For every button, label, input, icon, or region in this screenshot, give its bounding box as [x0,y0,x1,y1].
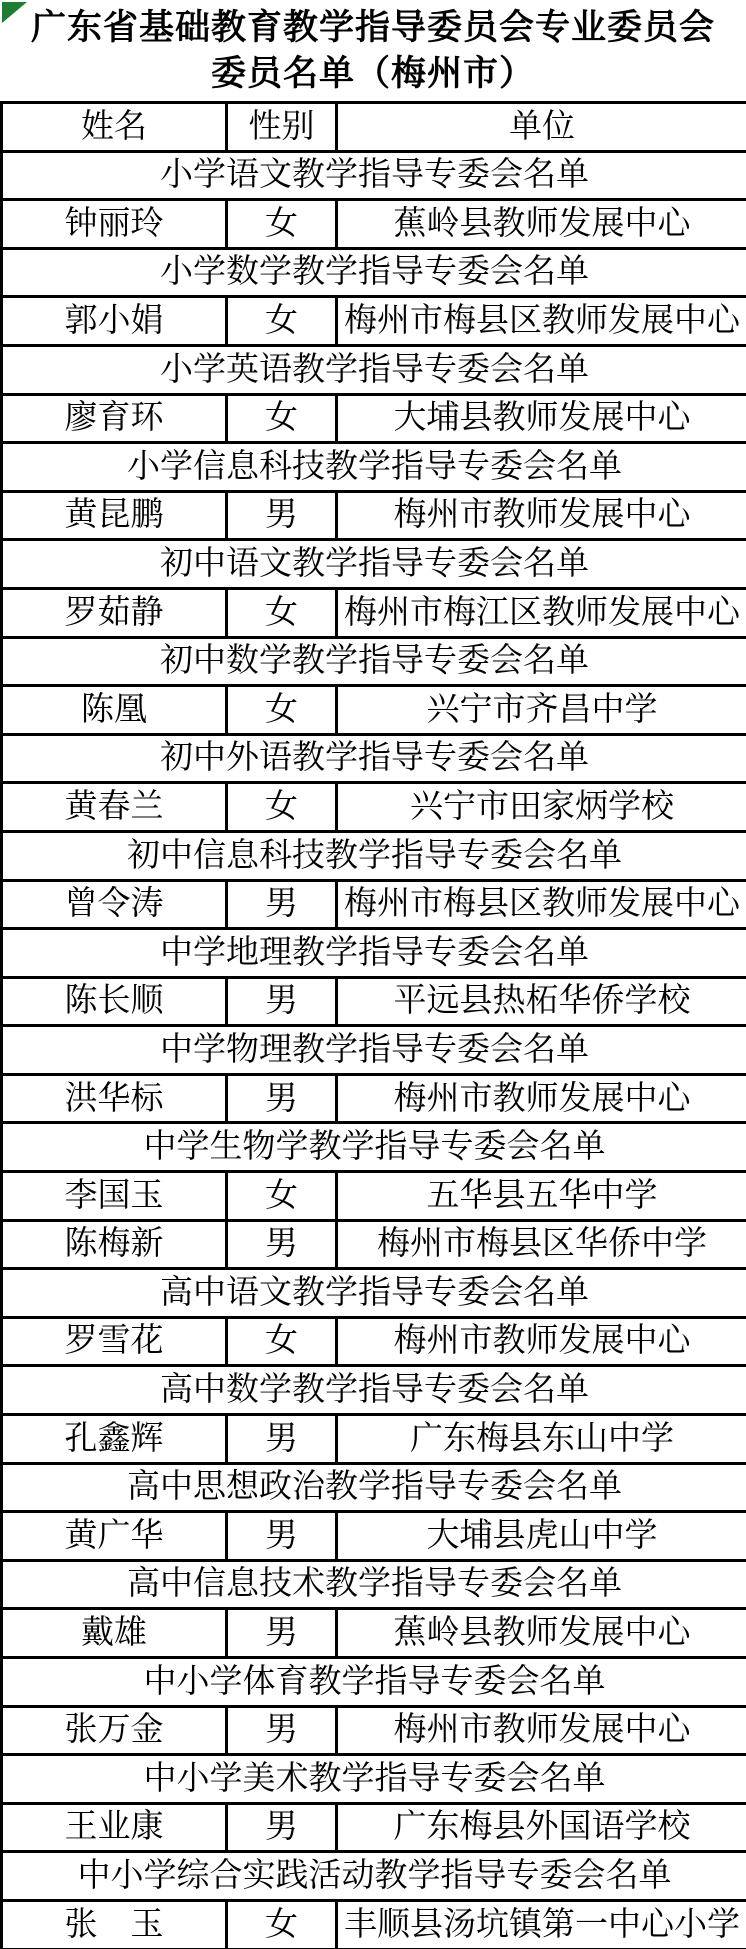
section-title: 小学数学教学指导专委会名单 [2,248,746,297]
member-name: 孔鑫辉 [2,1415,227,1464]
page-title-line-2: 委员名单（梅州市） [0,51,746,97]
member-row: 曾令涛男梅州市梅县区教师发展中心 [2,880,746,929]
member-name: 陈梅新 [2,1220,227,1269]
member-gender: 男 [227,1074,337,1123]
member-gender: 女 [227,1317,337,1366]
column-header-gender: 性别 [227,103,337,152]
section-title: 小学语文教学指导专委会名单 [2,151,746,200]
section-title: 小学英语教学指导专委会名单 [2,345,746,394]
section-title: 中学生物学教学指导专委会名单 [2,1123,746,1172]
section-row: 小学英语教学指导专委会名单 [2,345,746,394]
member-unit: 大埔县虎山中学 [337,1512,746,1561]
member-unit: 梅州市梅县区教师发展中心 [337,880,746,929]
member-unit: 兴宁市田家炳学校 [337,783,746,832]
member-gender: 男 [227,1415,337,1464]
member-row: 黄昆鹏男梅州市教师发展中心 [2,491,746,540]
member-name: 罗雪花 [2,1317,227,1366]
member-gender: 女 [227,686,337,735]
member-row: 黄春兰女兴宁市田家炳学校 [2,783,746,832]
member-name: 王业康 [2,1803,227,1852]
section-title: 小学信息科技教学指导专委会名单 [2,443,746,492]
member-name: 罗茹静 [2,588,227,637]
member-row: 张万金男梅州市教师发展中心 [2,1706,746,1755]
section-row: 中学地理教学指导专委会名单 [2,929,746,978]
member-gender: 男 [227,1609,337,1658]
table-header-row: 姓名 性别 单位 [2,103,746,152]
member-unit: 兴宁市齐昌中学 [337,686,746,735]
section-title: 中学地理教学指导专委会名单 [2,929,746,978]
member-name: 李国玉 [2,1172,227,1221]
column-header-unit: 单位 [337,103,746,152]
member-gender: 男 [227,1803,337,1852]
member-name: 郭小娟 [2,297,227,346]
member-name: 张万金 [2,1706,227,1755]
member-unit: 平远县热柘华侨学校 [337,977,746,1026]
member-gender: 男 [227,1706,337,1755]
section-title: 初中数学教学指导专委会名单 [2,637,746,686]
page-title: 广东省基础教育教学指导委员会专业委员会 委员名单（梅州市） [0,0,746,101]
column-header-name: 姓名 [2,103,227,152]
member-name: 陈长顺 [2,977,227,1026]
member-table-body: 小学语文教学指导专委会名单钟丽玲女蕉岭县教师发展中心小学数学教学指导专委会名单郭… [2,151,746,1949]
section-title: 高中数学教学指导专委会名单 [2,1366,746,1415]
section-row: 中小学体育教学指导专委会名单 [2,1658,746,1707]
member-unit: 大埔县教师发展中心 [337,394,746,443]
member-row: 洪华标男梅州市教师发展中心 [2,1074,746,1123]
member-name: 洪华标 [2,1074,227,1123]
member-gender: 女 [227,297,337,346]
section-row: 初中外语教学指导专委会名单 [2,734,746,783]
section-row: 小学信息科技教学指导专委会名单 [2,443,746,492]
member-row: 孔鑫辉男广东梅县东山中学 [2,1415,746,1464]
member-gender: 男 [227,1512,337,1561]
member-name: 黄昆鹏 [2,491,227,540]
section-row: 高中数学教学指导专委会名单 [2,1366,746,1415]
section-title: 高中语文教学指导专委会名单 [2,1269,746,1318]
section-title: 中学物理教学指导专委会名单 [2,1026,746,1075]
section-title: 中小学美术教学指导专委会名单 [2,1755,746,1804]
section-row: 高中思想政治教学指导专委会名单 [2,1463,746,1512]
member-unit: 梅州市教师发展中心 [337,491,746,540]
member-row: 郭小娟女梅州市梅县区教师发展中心 [2,297,746,346]
member-table: 姓名 性别 单位 小学语文教学指导专委会名单钟丽玲女蕉岭县教师发展中心小学数学教… [0,101,746,1949]
section-row: 初中信息科技教学指导专委会名单 [2,831,746,880]
member-name: 黄春兰 [2,783,227,832]
member-row: 罗茹静女梅州市梅江区教师发展中心 [2,588,746,637]
section-row: 初中数学教学指导专委会名单 [2,637,746,686]
member-row: 陈梅新男梅州市梅县区华侨中学 [2,1220,746,1269]
section-row: 初中语文教学指导专委会名单 [2,540,746,589]
member-name: 曾令涛 [2,880,227,929]
member-row: 张 玉女丰顺县汤坑镇第一中心小学 [2,1900,746,1949]
member-name: 张 玉 [2,1900,227,1949]
member-name: 戴雄 [2,1609,227,1658]
member-unit: 广东梅县外国语学校 [337,1803,746,1852]
green-corner-marker-icon [2,2,27,23]
member-unit: 梅州市教师发展中心 [337,1074,746,1123]
member-row: 黄广华男大埔县虎山中学 [2,1512,746,1561]
section-title: 高中信息技术教学指导专委会名单 [2,1560,746,1609]
member-unit: 蕉岭县教师发展中心 [337,200,746,249]
member-gender: 男 [227,977,337,1026]
member-row: 李国玉女五华县五华中学 [2,1172,746,1221]
member-name: 廖育环 [2,394,227,443]
member-row: 陈凰女兴宁市齐昌中学 [2,686,746,735]
member-unit: 广东梅县东山中学 [337,1415,746,1464]
member-row: 戴雄男蕉岭县教师发展中心 [2,1609,746,1658]
member-row: 钟丽玲女蕉岭县教师发展中心 [2,200,746,249]
section-row: 中小学美术教学指导专委会名单 [2,1755,746,1804]
section-row: 中学生物学教学指导专委会名单 [2,1123,746,1172]
member-unit: 梅州市梅江区教师发展中心 [337,588,746,637]
member-gender: 女 [227,783,337,832]
member-name: 陈凰 [2,686,227,735]
member-unit: 梅州市梅县区华侨中学 [337,1220,746,1269]
member-row: 陈长顺男平远县热柘华侨学校 [2,977,746,1026]
member-name: 黄广华 [2,1512,227,1561]
member-row: 王业康男广东梅县外国语学校 [2,1803,746,1852]
member-gender: 女 [227,200,337,249]
section-row: 小学语文教学指导专委会名单 [2,151,746,200]
member-unit: 蕉岭县教师发展中心 [337,1609,746,1658]
member-name: 钟丽玲 [2,200,227,249]
section-title: 初中语文教学指导专委会名单 [2,540,746,589]
member-gender: 男 [227,880,337,929]
member-gender: 女 [227,394,337,443]
member-unit: 梅州市教师发展中心 [337,1317,746,1366]
member-unit: 梅州市教师发展中心 [337,1706,746,1755]
member-row: 廖育环女大埔县教师发展中心 [2,394,746,443]
section-row: 中学物理教学指导专委会名单 [2,1026,746,1075]
section-title: 初中外语教学指导专委会名单 [2,734,746,783]
member-gender: 男 [227,1220,337,1269]
page-title-line-1: 广东省基础教育教学指导委员会专业委员会 [0,5,746,51]
member-gender: 男 [227,491,337,540]
section-title: 中小学综合实践活动教学指导专委会名单 [2,1852,746,1901]
member-unit: 梅州市梅县区教师发展中心 [337,297,746,346]
member-gender: 女 [227,1900,337,1949]
section-row: 中小学综合实践活动教学指导专委会名单 [2,1852,746,1901]
section-title: 中小学体育教学指导专委会名单 [2,1658,746,1707]
member-unit: 五华县五华中学 [337,1172,746,1221]
member-row: 罗雪花女梅州市教师发展中心 [2,1317,746,1366]
member-gender: 女 [227,1172,337,1221]
section-title: 高中思想政治教学指导专委会名单 [2,1463,746,1512]
section-row: 高中语文教学指导专委会名单 [2,1269,746,1318]
section-row: 高中信息技术教学指导专委会名单 [2,1560,746,1609]
member-unit: 丰顺县汤坑镇第一中心小学 [337,1900,746,1949]
section-row: 小学数学教学指导专委会名单 [2,248,746,297]
section-title: 初中信息科技教学指导专委会名单 [2,831,746,880]
member-gender: 女 [227,588,337,637]
